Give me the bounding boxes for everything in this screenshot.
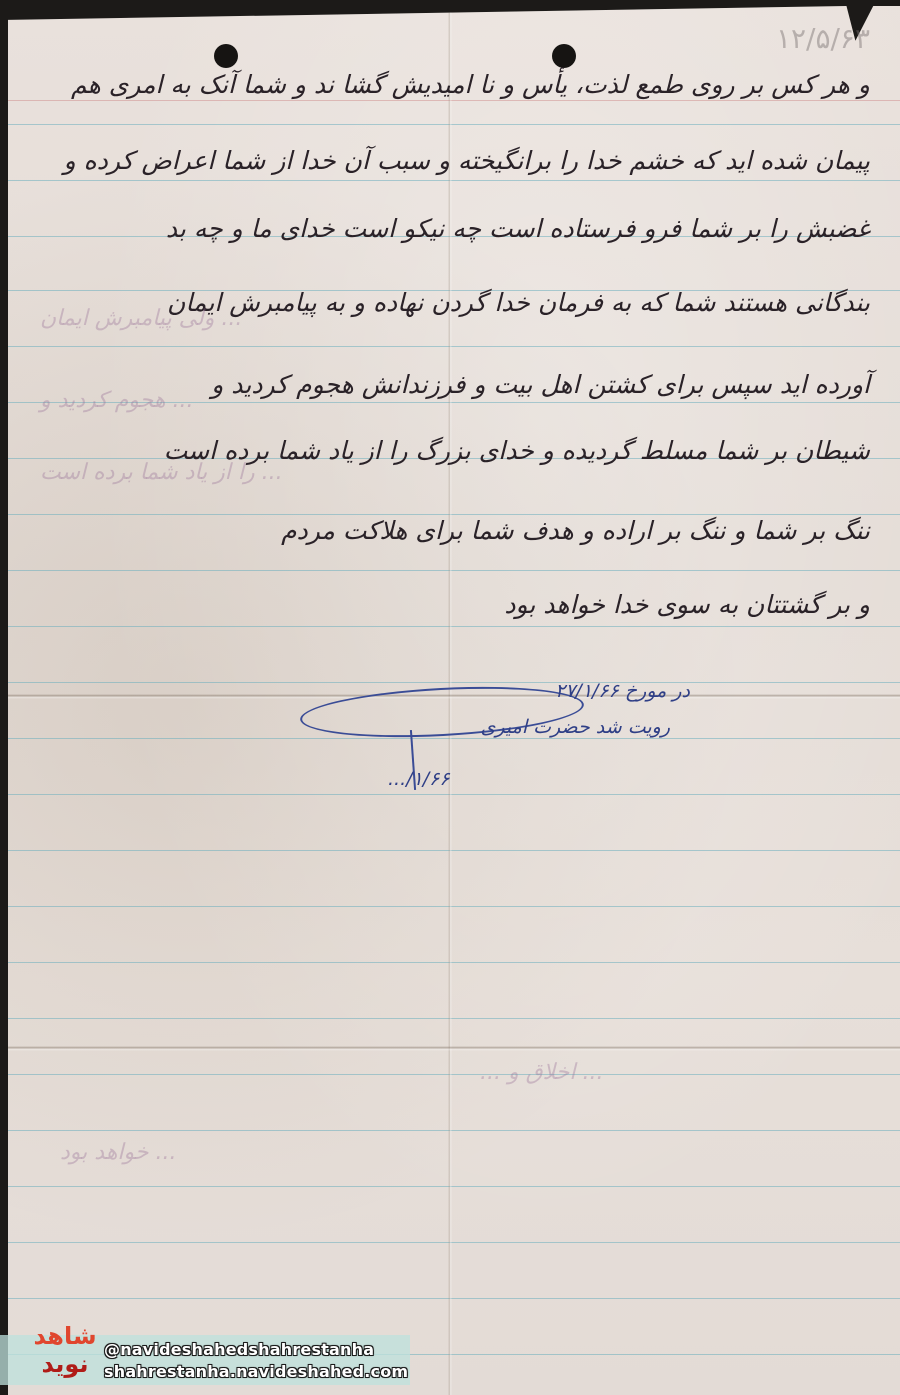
punch-hole <box>214 44 238 68</box>
ruled-line <box>8 180 900 181</box>
ruled-line <box>8 124 900 125</box>
ruled-line <box>8 1242 900 1243</box>
ruled-line <box>8 570 900 571</box>
letter-line-1: و هر کس بر روی طمع لذت، یأس و نا امیدیش … <box>71 70 870 99</box>
ruled-line <box>8 962 900 963</box>
ruled-line <box>8 1130 900 1131</box>
bleedthrough-text: ... اخلاق و ... <box>480 1060 603 1085</box>
endorsement-date: در مورخ ۲۷/۱/۶۶ <box>555 680 690 702</box>
ruled-line <box>8 682 900 683</box>
letter-line-5: آورده اید سپس برای کشتن اهل بیت و فرزندا… <box>211 370 870 399</box>
bleedthrough-text: ... هجوم کردید و <box>40 388 193 413</box>
ruled-line <box>8 1018 900 1019</box>
horizontal-fold-crease <box>8 1046 900 1051</box>
signature-date: ۱/۶۶/... <box>388 768 450 790</box>
endorsement-note: رویت شد حضرت امیری <box>481 716 670 738</box>
ruled-line <box>8 346 900 347</box>
navideshahed-logo: شاهد نوید <box>26 1322 104 1388</box>
letter-line-8: و بر گشتتان به سوی خدا خواهد بود <box>504 590 870 619</box>
bleedthrough-text: ... خواهد بود <box>60 1140 176 1165</box>
ruled-line <box>8 1074 900 1075</box>
pencil-annotation: ۱۲/۵/۶۳ <box>776 22 870 55</box>
ruled-line <box>8 850 900 851</box>
letter-line-4: بندگانی هستند شما که به فرمان خدا گردن ن… <box>167 288 870 317</box>
logo-bottom-text: نوید <box>26 1350 104 1378</box>
ruled-line <box>8 794 900 795</box>
ruled-line <box>8 514 900 515</box>
bleedthrough-text: ... ولی پیامبرش ایمان <box>40 306 242 331</box>
ruled-line <box>8 1298 900 1299</box>
watermark-handle: @navideshahedshahrestanha <box>104 1340 374 1359</box>
logo-top-text: شاهد <box>26 1322 104 1350</box>
letter-line-7: ننگ بر شما و ننگ بر اراده و هدف شما برای… <box>281 516 870 545</box>
bleedthrough-text: ... را از یاد شما برده است <box>40 460 283 485</box>
punch-hole <box>552 44 576 68</box>
watermark-website: shahrestanha.navideshahed.com <box>104 1362 408 1381</box>
ruled-line <box>8 738 900 739</box>
letter-line-2: پیمان شده اید که خشم خدا را برانگیخته و … <box>64 146 870 175</box>
ruled-line <box>8 906 900 907</box>
ruled-line <box>8 626 900 627</box>
ruled-line <box>8 100 900 101</box>
letter-line-3: غضبش را بر شما فرو فرستاده است چه نیکو ا… <box>166 214 870 243</box>
ruled-line <box>8 1186 900 1187</box>
